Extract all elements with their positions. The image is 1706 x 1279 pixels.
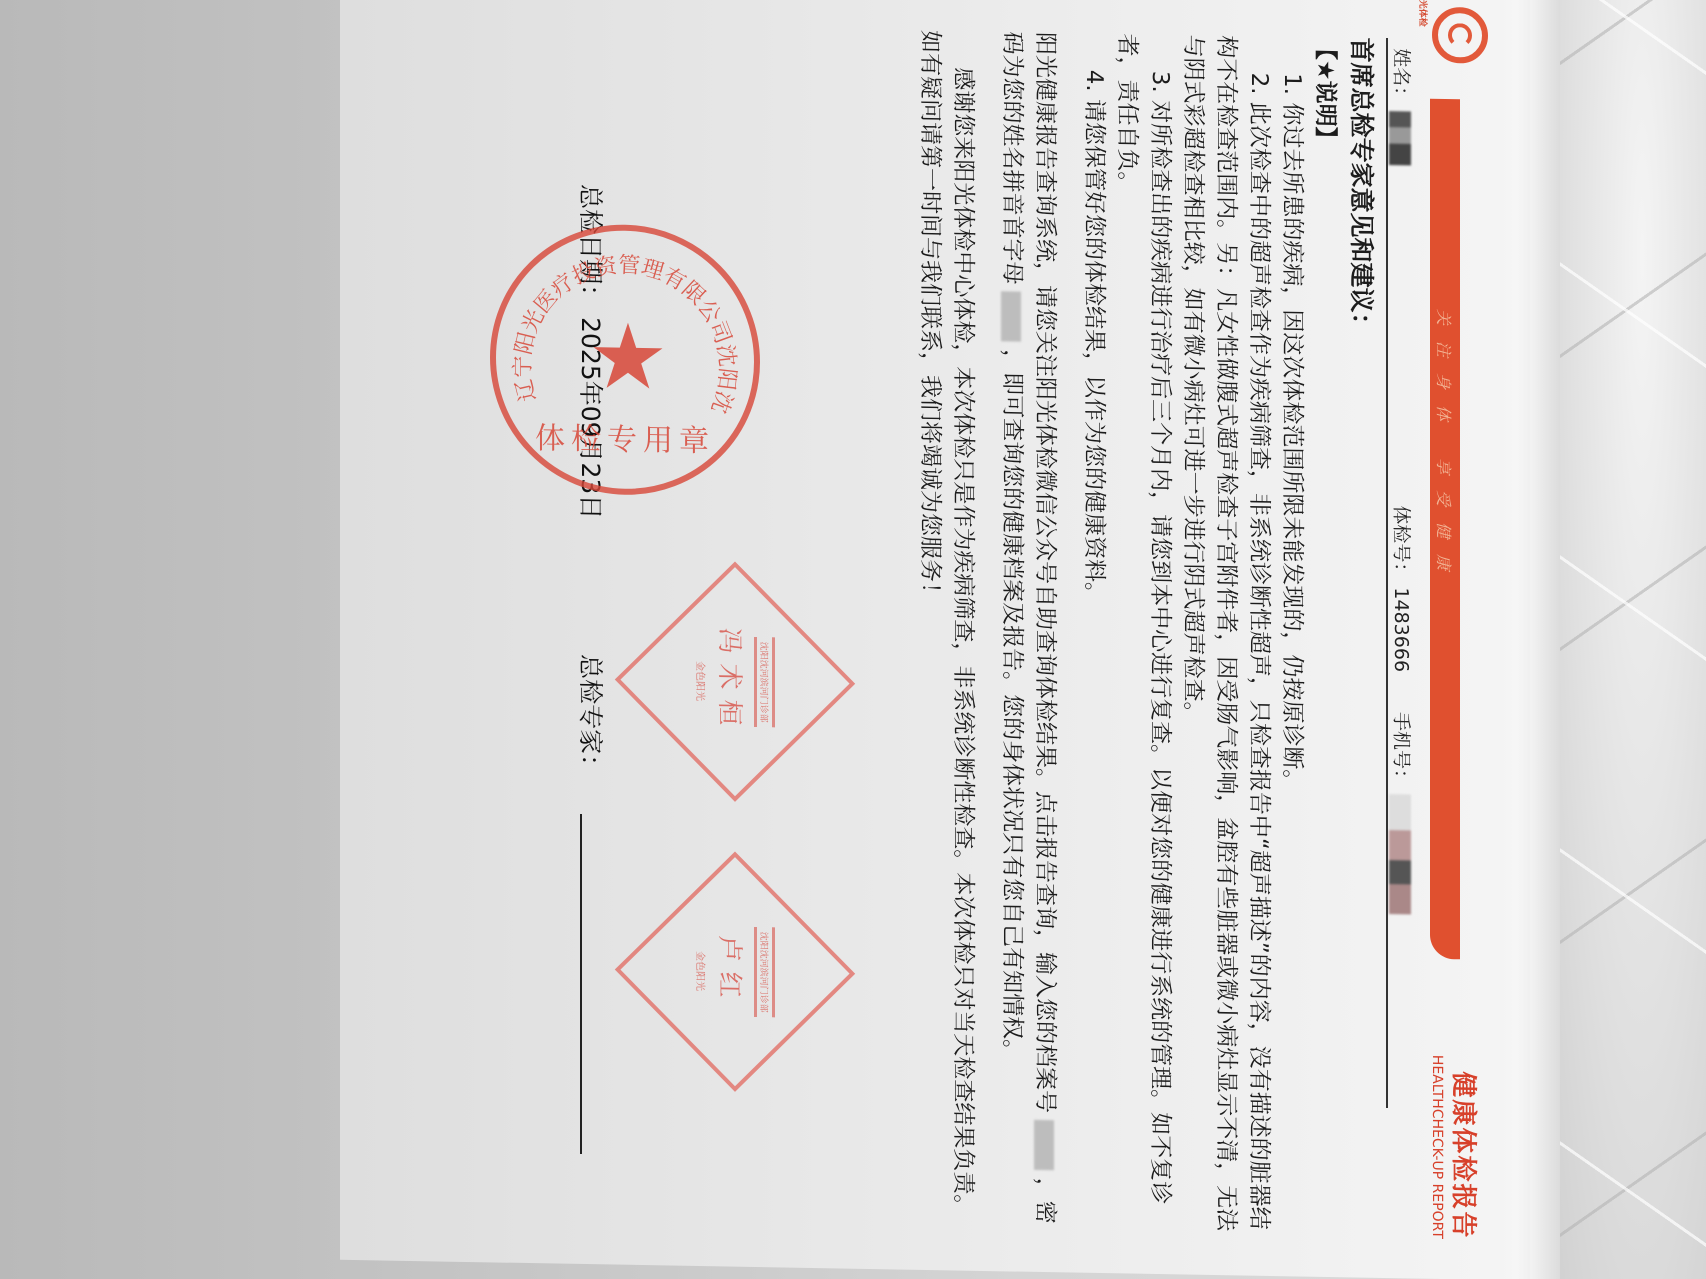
- report-title-cn: 健康体检报告: [1447, 1055, 1484, 1240]
- password-redacted: [1002, 292, 1022, 342]
- exam-no-label: 体检号：: [1390, 505, 1412, 581]
- phone-label: 手机号：: [1390, 712, 1412, 788]
- phone-redacted: [1390, 794, 1412, 914]
- document-page: 阳光体检 关注身体 享受健康 健康体检报告 HEALTHCHECK-UP REP…: [340, 0, 1500, 1279]
- exam-no-field: 体检号： 1483666: [1389, 505, 1416, 672]
- signature-line: [580, 814, 582, 1154]
- official-seal: 辽宁阳光医疗投资管理有限公司沈阳沈河滨河门诊部 ★ 体检专用章: [490, 222, 760, 497]
- star-icon: ★: [583, 312, 673, 404]
- report-footer: 总检日期： 2025年09月23日 总检专家：: [510, 23, 630, 1225]
- signature-stamp: 沈阳沈河滨河门诊部 卢红 金色阳光: [615, 851, 855, 1091]
- note-item: 2. 此次检查中的超声检查作为疾病筛查，非系统诊断性超声，只检查报告中“超声描述…: [1176, 34, 1275, 1236]
- report-content: 首席总检专家意见和建议： 【★说明】 1. 你过去所患的疾病，因这次体检范围所限…: [913, 30, 1378, 1238]
- header-band: 关注身体 享受健康: [1430, 99, 1460, 960]
- notes-heading: 【★说明】: [1308, 37, 1341, 1238]
- signature-stamp: 沈阳沈河滨河门诊部 冯术桓 金色阳光: [615, 561, 855, 801]
- report-title: 健康体检报告 HEALTHCHECK-UP REPORT: [1429, 1055, 1484, 1240]
- note-item: 1. 你过去所患的疾病，因这次体检范围所限未能发现的，仍按原诊断。: [1275, 36, 1308, 1237]
- header-divider: [1386, 38, 1388, 1108]
- brand-logo-text: 阳光体检: [1417, 0, 1430, 27]
- query-paragraph: 阳光健康报告查询系统，请您关注阳光体检微信公众号自助查询体检结果。点击报告查询，…: [995, 31, 1061, 1232]
- patient-info: 姓名： 体检号： 1483666 手机号：: [1389, 48, 1416, 954]
- name-field: 姓名：: [1389, 48, 1416, 166]
- signature-name: 冯术桓: [714, 627, 751, 736]
- note-item: 4. 请您保管好您的体检结果，以作为您的健康资料。: [1077, 33, 1110, 1234]
- paper-stack-edge: [1530, 0, 1560, 1279]
- report-title-en: HEALTHCHECK-UP REPORT: [1429, 1055, 1445, 1239]
- brand-logo-icon: [1432, 7, 1488, 64]
- mattress-background: [1546, 0, 1706, 1279]
- header-motto: 关注身体 享受健康: [1433, 309, 1456, 586]
- thanks-paragraph: 感谢您来阳光体检中心体检，本次体检只是作为疾病筛查，非系统诊断性检查。本次体检只…: [913, 30, 979, 1231]
- note-item: 3. 对所检查出的疾病进行治疗后三个月内，请您到本中心进行复查。以便对您的健康进…: [1110, 33, 1176, 1234]
- expert-label: 总检专家：: [574, 654, 610, 780]
- name-redacted: [1390, 111, 1412, 165]
- exam-no-value: 1483666: [1390, 587, 1412, 672]
- name-label: 姓名：: [1390, 48, 1412, 105]
- seal-bottom-text: 体检专用章: [496, 412, 754, 461]
- archive-no-redacted: [1035, 1120, 1055, 1170]
- phone-field: 手机号：: [1389, 712, 1416, 915]
- section-heading: 首席总检专家意见和建议：: [1345, 37, 1378, 1238]
- signature-name: 卢红: [714, 935, 751, 1008]
